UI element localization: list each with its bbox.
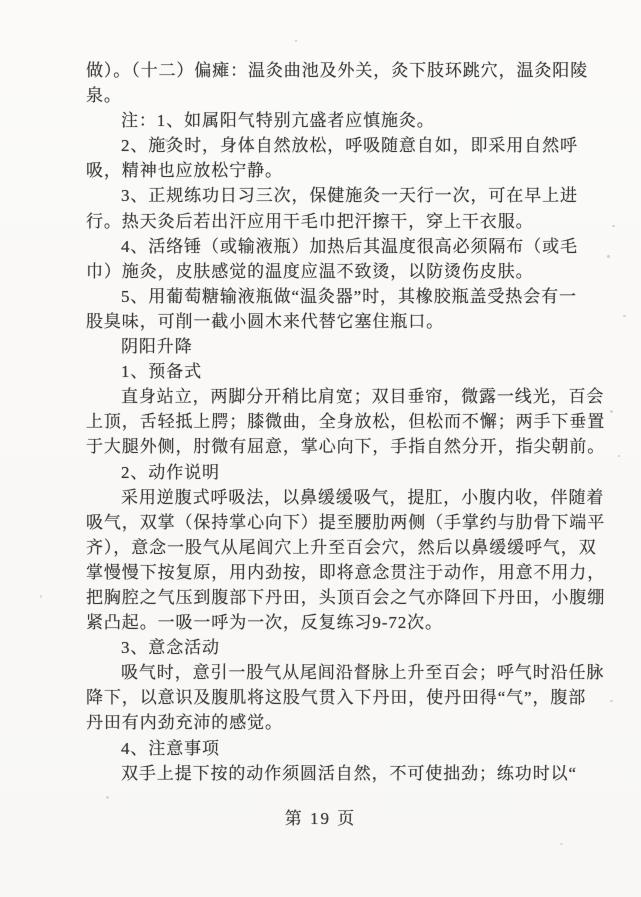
text-line: 采用逆腹式呼吸法，以鼻缓缓吸气，提肛，小腹内收，伴随着 — [86, 485, 606, 510]
subsection-heading: 1、预备式 — [86, 359, 606, 384]
text-line: 做）。（十二）偏瘫：温灸曲池及外关，灸下肢环跳穴，温灸阳陵 — [86, 58, 606, 83]
note-line: 4、活络锤（或输液瓶）加热后其温度很高必须隔布（或毛 — [86, 234, 606, 259]
text-line: 吸，精神也应放松宁静。 — [86, 158, 606, 183]
scan-speckle — [610, 410, 613, 413]
scan-speckle — [40, 595, 42, 598]
subsection-heading: 4、注意事项 — [86, 736, 606, 761]
scan-speckle — [560, 843, 563, 845]
scan-speckle — [618, 455, 620, 457]
scan-speckle — [607, 255, 610, 258]
note-line: 2、施灸时，身体自然放松，呼吸随意自如，即采用自然呼 — [86, 133, 606, 158]
text-line: 紧凸起。一吸一呼为一次，反复练习9-72次。 — [86, 610, 606, 635]
note-line: 注：1、如属阳气特别亢盛者应慎施灸。 — [86, 108, 606, 133]
text-line: 丹田有内劲充沛的感觉。 — [86, 710, 606, 735]
subsection-heading: 3、意念活动 — [86, 635, 606, 660]
text-line: 泉。 — [86, 83, 606, 108]
page-number: 第 19 页 — [0, 804, 641, 829]
text-line: 齐），意念一股气从尾闾穴上升至百会穴，然后以鼻缓缓呼气，双 — [86, 535, 606, 560]
subsection-heading: 2、动作说明 — [86, 460, 606, 485]
text-line: 行。热天灸后若出汗应用干毛巾把汗擦干，穿上干衣服。 — [86, 209, 606, 234]
scan-speckle — [612, 225, 615, 227]
text-line: 吸气，双掌（保持掌心向下）提至腰肋两侧（手掌约与肋骨下端平 — [86, 510, 606, 535]
text-line: 把胸腔之气压到腹部下丹田，头顶百会之气亦降回下丹田，小腹绷 — [86, 585, 606, 610]
text-line: 于大腿外侧，肘微有屈意，掌心向下，手指自然分开，指尖朝前。 — [86, 434, 606, 459]
scan-speckle — [623, 315, 626, 317]
section-heading: 阴阳升降 — [86, 334, 606, 359]
text-line: 直身站立，两脚分开稍比肩宽；双目垂帘，微露一线光，百会 — [86, 384, 606, 409]
scan-speckle — [106, 796, 109, 799]
text-line: 降下，以意识及腹肌将这股气贯入下丹田，使丹田得“气”，腹部 — [86, 685, 606, 710]
scan-speckle — [610, 700, 613, 702]
text-line: 吸气时，意引一股气从尾闾沿督脉上升至百会；呼气时沿任脉 — [86, 660, 606, 685]
scan-speckle — [295, 40, 297, 42]
text-line: 股臭味，可削一截小圆木来代替它塞住瓶口。 — [86, 309, 606, 334]
text-line: 掌慢慢下按复原，用内劲按，即将意念贯注于动作，用意不用力， — [86, 560, 606, 585]
note-line: 5、用葡萄糖输液瓶做“温灸器”时，其橡胶瓶盖受热会有一 — [86, 284, 606, 309]
scanned-book-page: 做）。（十二）偏瘫：温灸曲池及外关，灸下肢环跳穴，温灸阳陵 泉。 注：1、如属阳… — [0, 0, 641, 897]
text-line: 上顶，舌轻抵上腭；膝微曲，全身放松，但松而不懈；两手下垂置 — [86, 409, 606, 434]
text-block: 做）。（十二）偏瘫：温灸曲池及外关，灸下肢环跳穴，温灸阳陵 泉。 注：1、如属阳… — [86, 58, 606, 786]
text-line: 双手上提下按的动作须圆活自然，不可使拙劲；练功时以“ — [86, 761, 606, 786]
text-line: 巾）施灸，皮肤感觉的温度应温不致烫，以防烫伤皮肤。 — [86, 259, 606, 284]
note-line: 3、正规练功日习三次，保健施灸一天行一次，可在早上进 — [86, 183, 606, 208]
